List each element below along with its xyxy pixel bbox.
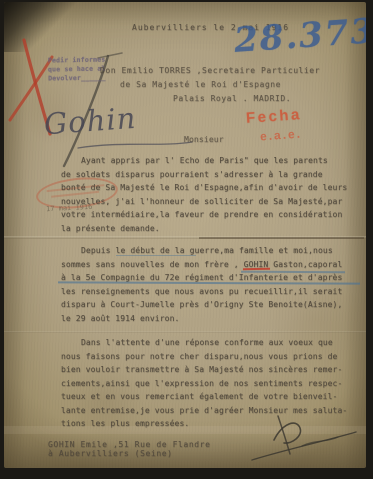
scanned-letter-photo: Aubervilliers le 2 mai 1916 28.373 Pedir… bbox=[0, 0, 373, 479]
fold-crease bbox=[4, 331, 366, 333]
body-line: bonté de Sa Majesté le Roi d'Espagne,afi… bbox=[61, 181, 363, 195]
signature-block-line-2: à Aubervilliers (Seine) bbox=[48, 449, 173, 458]
body-line: Dans l'attente d'une réponse conforme au… bbox=[61, 336, 363, 350]
letter-page: Aubervilliers le 2 mai 1916 28.373 Pedir… bbox=[4, 2, 366, 468]
body-line: Ayant appris par l' Echo de Paris" que l… bbox=[61, 154, 363, 168]
blue-underline-name bbox=[241, 270, 345, 272]
body-line: la présente demande. bbox=[61, 222, 363, 236]
body-line: les renseignements que nous avons pu rec… bbox=[61, 285, 363, 299]
office-stamp: Pedir informes que se hace al Devolver__… bbox=[48, 55, 106, 83]
signature-block-line-1: GOHIN Emile ,51 Rue de Flandre bbox=[48, 440, 211, 449]
body-line: votre intermédiaire,la faveur de prendre… bbox=[61, 208, 363, 222]
handwritten-file-number: 28.373 bbox=[233, 11, 366, 61]
recipient-line-3: Palais Royal . MADRID. bbox=[173, 94, 291, 103]
fold-crease bbox=[199, 237, 364, 239]
signature-autograph bbox=[244, 406, 364, 468]
body-line: de soldats disparus pourraient s'adresse… bbox=[61, 168, 363, 182]
body-line: tueux et en vous remerciant également de… bbox=[61, 390, 363, 404]
office-stamp-line: Devolver______ bbox=[48, 73, 106, 83]
body-line: bien vouloir transmettre à Sa Majesté no… bbox=[61, 363, 363, 377]
red-stamp-fecha: Fecha bbox=[245, 106, 302, 127]
name-underline-flourish bbox=[76, 138, 196, 152]
paragraph-2: Depuis le début de la guerre,ma famille … bbox=[61, 244, 363, 325]
body-line: nouvelles, j'ai l'honneur de solliciter … bbox=[61, 195, 363, 209]
body-line: disparu à Court-Jumelle près d'Origny St… bbox=[61, 298, 363, 312]
recipient-line-2: de Sa Majesté le Roi d'Espagne bbox=[120, 80, 281, 89]
red-stamp-eae: e.a.e. bbox=[260, 127, 303, 144]
body-line: sommes sans nouvelles de mon frère , GOH… bbox=[61, 258, 363, 272]
salutation: Monsieur bbox=[184, 135, 224, 144]
paragraph-1: Ayant appris par l' Echo de Paris" que l… bbox=[61, 154, 363, 235]
recipient-line-1: Don Emilio TORRES ,Secretaire Particulie… bbox=[100, 66, 320, 75]
blue-pencil-mark bbox=[116, 255, 196, 256]
body-line: le 29 août 1914 environ. bbox=[61, 312, 363, 326]
body-line: ciements,ainsi que l'expression de nos s… bbox=[61, 377, 363, 391]
body-line: Depuis le début de la guerre,ma famille … bbox=[61, 244, 363, 258]
body-line: nous faisons pour notre cher disparu,nou… bbox=[61, 350, 363, 364]
handwritten-name: Gohin bbox=[43, 101, 137, 141]
